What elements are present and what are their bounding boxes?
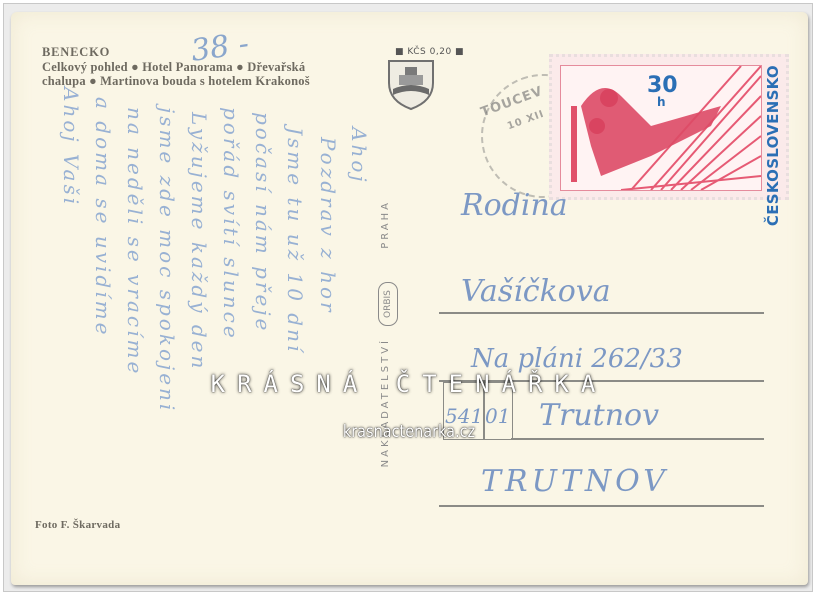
message-line: Lyžujeme každý den	[187, 112, 211, 371]
postcard-caption: BENECKO Celkový pohled ● Hotel Panorama …	[42, 45, 310, 88]
tourism-logo: ■ KČS 0,20 ■	[381, 47, 471, 117]
stamp-value: 30 h	[647, 76, 678, 108]
watermark-site: krasnactenarka.cz	[61, 422, 756, 442]
address-line-5: TRUTNOV	[481, 464, 669, 499]
postage-stamp: 30 h ČESKOSLOVENSKO	[549, 54, 789, 200]
stamp-artwork: 30 h	[560, 65, 762, 191]
message-line: a doma se uvidíme	[91, 97, 115, 337]
address-line-1: Rodina	[461, 188, 568, 223]
caption-place: BENECKO	[42, 45, 310, 59]
message-line: Ahoj Vaši	[59, 87, 83, 207]
caption-line-1: Celkový pohled ● Hotel Panorama ● Dřevař…	[42, 60, 310, 74]
postcard-back: BENECKO Celkový pohled ● Hotel Panorama …	[11, 12, 808, 585]
castle-shield-icon	[381, 53, 441, 113]
message-line: Pozdrav z hor	[316, 137, 340, 315]
publisher-label: NAKLADATELSTVÍ	[380, 338, 391, 467]
message-line: Jsme tu už 10 dní	[283, 127, 307, 354]
handwritten-message: Ahoj Pozdrav z hor Jsme tu už 10 dní poč…	[31, 107, 391, 577]
address-rule-4	[439, 505, 764, 507]
address-rule-1	[439, 312, 764, 314]
caption-line-2: chalupa ● Martinova bouda s hotelem Krak…	[42, 74, 310, 88]
address-line-2: Vašíčkova	[461, 274, 611, 309]
watermark-brand: KRÁSNÁ ČTENÁŘKA	[0, 370, 818, 398]
message-line: na neděli se vracíme	[123, 107, 147, 376]
message-line: pořád svítí slunce	[219, 107, 243, 341]
message-line: počasí nám přeje	[251, 112, 275, 333]
postmark-date: 10 XII	[506, 109, 546, 133]
publisher-city: PRAHA	[380, 200, 391, 249]
stamp-country: ČESKOSLOVENSKO	[764, 65, 782, 226]
photo-credit: Foto F. Škarvada	[35, 519, 120, 531]
message-line: Ahoj	[347, 127, 371, 185]
publisher-brand: ORBIS	[378, 282, 398, 326]
message-line: jsme zde moc spokojeni	[155, 107, 179, 413]
